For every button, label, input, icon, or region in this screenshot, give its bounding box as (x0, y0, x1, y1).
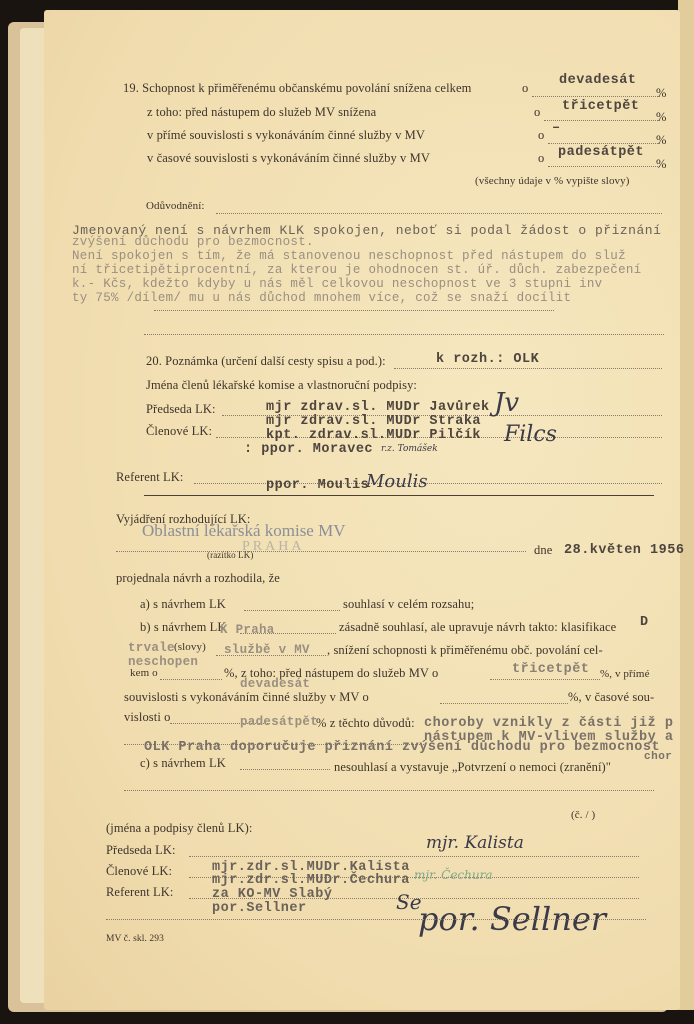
form-number: MV č. skl. 293 (106, 934, 164, 944)
dotted-line (124, 790, 654, 791)
section20-label: 20. Poznámka (určení další cesty spisu a… (146, 354, 386, 369)
members-heading: Jména členů lékařské komise a vlastnoruč… (146, 378, 417, 393)
typed-devadesat: devadesát (240, 677, 310, 691)
decision-chair-label: Předseda LK: (106, 843, 176, 858)
klasifikace-value: D (640, 615, 649, 630)
signature-cechura: mjr. Čechura (414, 868, 493, 882)
date-value: 28.květen 1956 (564, 543, 684, 558)
section19-row2-value: třicetpět (562, 99, 639, 114)
section19-row3-value: – (552, 121, 561, 136)
typed-k-praha: K Praha (220, 623, 275, 637)
section19-row3-prefix: o (538, 128, 544, 143)
section19-row1-label: 19. Schopnost k přiměřenému občanskému p… (123, 81, 471, 96)
option-b-line3-prefix: kem o (130, 667, 158, 679)
option-b-line5-prefix: vislosti o (124, 710, 171, 725)
stamp-caption: (razítko LK) (207, 550, 253, 560)
dotted-line (194, 483, 662, 484)
option-b-line4-suffix: %, v časové sou- (568, 690, 654, 705)
reasons-line1: choroby vznikly z části již p (424, 716, 673, 731)
section19-row2-label: z toho: před nástupem do služeb MV sníže… (147, 105, 376, 120)
decision-typed-name: za KO-MV Slabý (212, 887, 332, 902)
dotted-line (440, 703, 568, 704)
justification-line: ty 75% /dílem/ mu u nás důchod mnohem ví… (72, 291, 571, 305)
signature-moulis: Moulis (366, 471, 428, 492)
dotted-line (144, 334, 664, 335)
percent-note: (všechny údaje v % vypište slovy) (475, 175, 630, 187)
option-b-line3-value: třicetpět (512, 662, 589, 677)
dotted-line (240, 769, 330, 770)
justification-line: zvýšení důchodu pro bezmocnost. (72, 235, 314, 249)
member-typed-name: kpt. zdrav.sl.MUDr Pilčík (266, 428, 481, 443)
decision-intro: projednala návrh a rozhodila, že (116, 571, 280, 586)
page-edge (678, 0, 694, 1010)
justification-line: ní třicetipětiprocentní, za kterou je oh… (72, 263, 642, 277)
section19-row1-unit: % (656, 86, 667, 101)
option-b-line5-suffix: % z těchto důvodů: (316, 716, 415, 731)
option-c-prefix: c) s návrhem LK (140, 756, 226, 771)
dotted-line (244, 610, 340, 611)
section19-row2-prefix: o (534, 105, 540, 120)
dotted-line (548, 166, 660, 167)
dotted-line (216, 655, 326, 656)
section19-row3-label: v přímé souvislosti s vykonáváním činné … (147, 128, 425, 143)
decision-members-label: Členové LK: (106, 864, 172, 879)
dotted-line (548, 143, 660, 144)
option-b-suffix: zásadně souhlasí, ale upravuje návrh tak… (339, 620, 616, 635)
option-a-prefix: a) s návrhem LK (140, 597, 226, 612)
signature-javurek: Jv (494, 388, 519, 418)
dotted-line (106, 919, 646, 920)
dotted-line (394, 368, 662, 369)
signature-pilcik: Filcs (504, 422, 557, 447)
decision-typed-name: por.Sellner (212, 901, 307, 916)
stamp-line1: Oblastní lékařská komise MV (142, 521, 346, 541)
section19-row1-prefix: o (522, 81, 528, 96)
reasons-line4: chor (644, 751, 672, 763)
option-a-suffix: souhlasí v celém rozsahu; (343, 597, 474, 612)
justification-label: Odůvodnění: (146, 200, 205, 212)
reference-number: (č. / ) (571, 809, 595, 821)
option-b-line4-prefix: souvislosti s vykonáváním činné služby v… (124, 690, 369, 705)
signers-heading: (jména a podpisy členů LK): (106, 821, 252, 836)
option-b-line2: , snížení schopnosti k přiměřenému obč. … (327, 643, 603, 658)
section20-value: k rozh.: OLK (436, 352, 539, 367)
reasons-line3: OLK Praha doporučuje přiznání zvýšení dů… (144, 740, 660, 755)
referent-typed-name: ppor. Moulis (266, 478, 369, 493)
dotted-line (532, 96, 660, 97)
section19-row4-prefix: o (538, 151, 544, 166)
dotted-line (544, 120, 660, 121)
dotted-line (160, 679, 222, 680)
dotted-line (154, 310, 554, 311)
section19-row3-unit: % (656, 133, 667, 148)
signature-kalista: mjr. Kalista (426, 833, 524, 853)
slovy-label: (slovy) (174, 641, 206, 653)
section19-row4-unit: % (656, 157, 667, 172)
decision-referent-label: Referent LK: (106, 885, 174, 900)
option-c-suffix: nesouhlasí a vystavuje „Potvrzení o nemo… (334, 760, 611, 775)
dotted-line (189, 856, 639, 857)
referent-label: Referent LK: (116, 470, 184, 485)
section19-row4-value: padesátpět (558, 145, 644, 160)
section19-row1-value: devadesát (559, 73, 636, 88)
section19-row4-label: v časové souvislosti s vykonáváním činné… (147, 151, 430, 166)
chair-label: Předseda LK: (146, 402, 216, 417)
member-typed-name: mjr zdrav.sl. MUDr Straka (266, 414, 481, 429)
members-label: Členové LK: (146, 424, 212, 439)
dotted-line (116, 551, 526, 552)
section-divider (144, 495, 654, 496)
date-label: dne (534, 543, 552, 558)
option-b-line5-value: padesátpět (240, 715, 318, 729)
option-b-line3-suffix: %, v přímé (600, 668, 650, 680)
section19-row2-unit: % (656, 110, 667, 125)
member-typed-name: mjr zdrav.sl. MUDr Javůrek (266, 400, 490, 415)
decision-typed-name: mjr.zdr.sl.MUDr.Čechura (212, 873, 410, 888)
justification-line: Není spokojen s tím, že má stanovenou ne… (72, 249, 626, 263)
option-b-prefix: b) s návrhem LK (140, 620, 227, 635)
dotted-line (216, 213, 662, 214)
justification-line: k.- Kčs, kdežto kdyby u nás měl celkovou… (72, 277, 602, 291)
member-typed-name: : ppor. Moravec (244, 442, 373, 457)
moravec-note: r.z. Tomášek (381, 444, 438, 454)
document-page: 19. Schopnost k přiměřenému občanskému p… (44, 10, 680, 1010)
typed-trvale: trvale (128, 641, 175, 655)
dotted-line (490, 679, 600, 680)
